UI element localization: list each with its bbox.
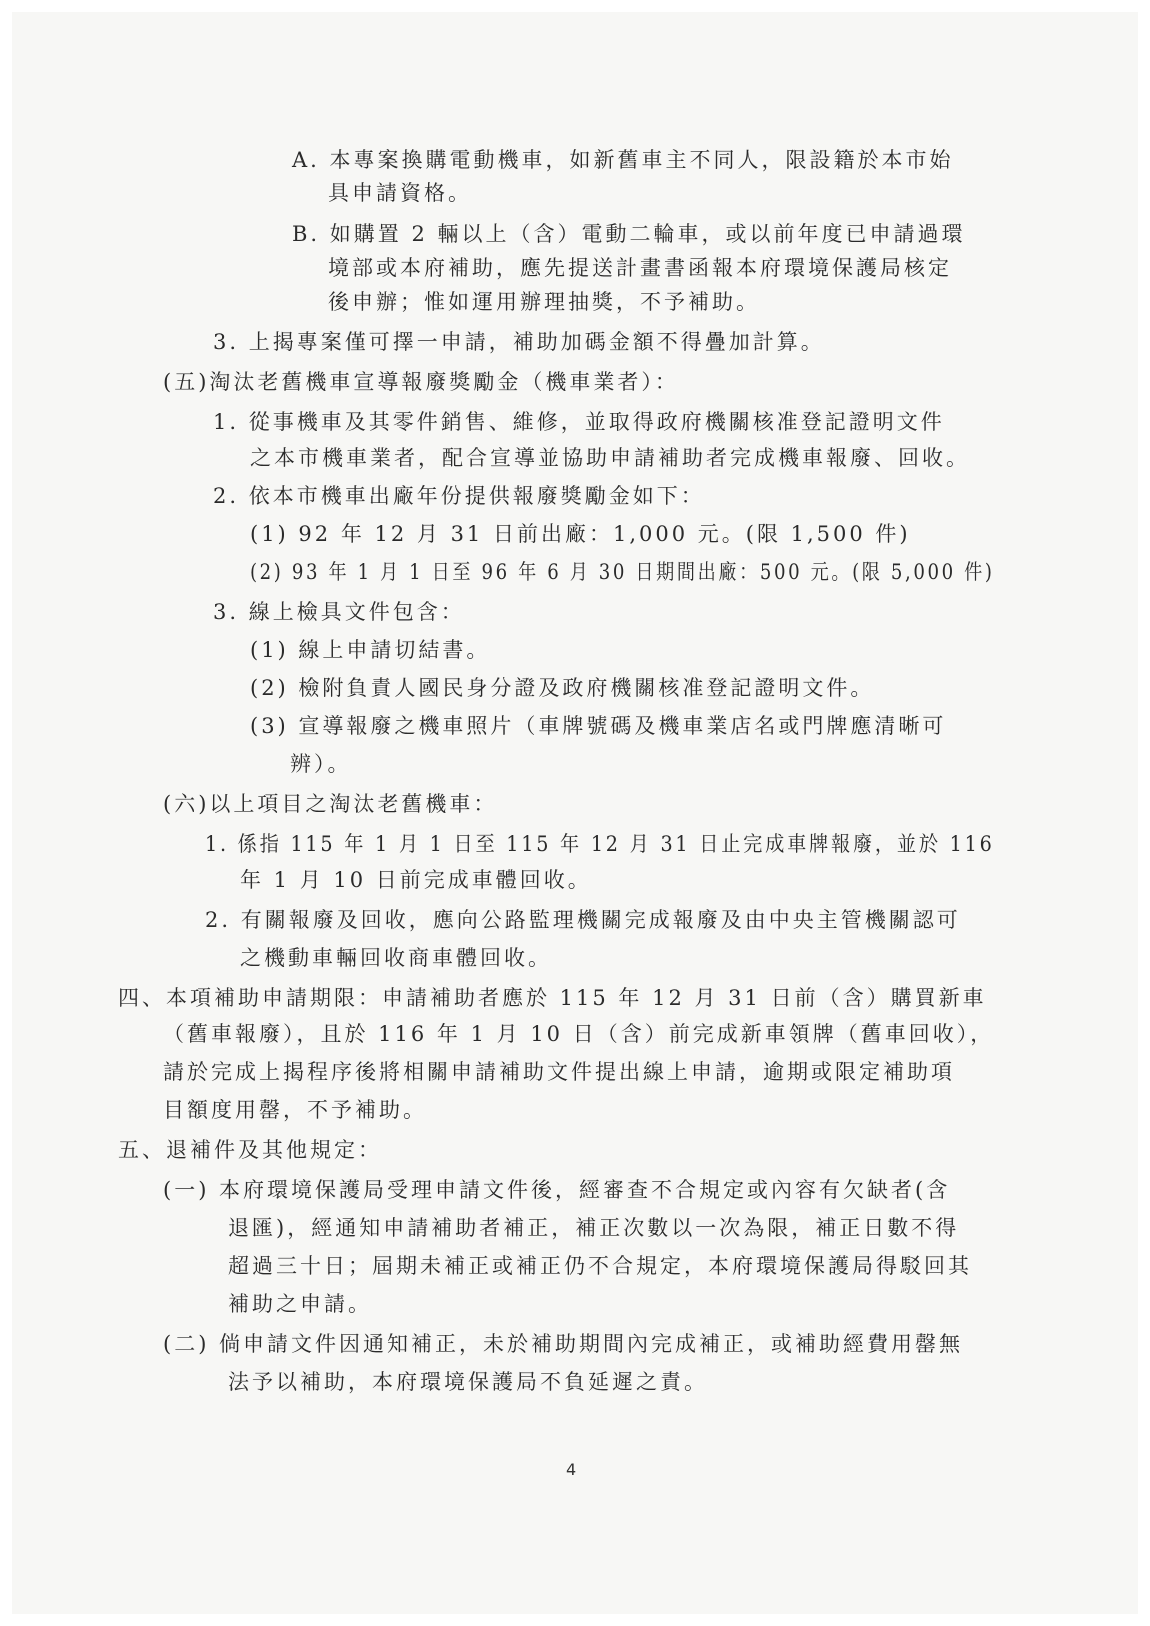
text-line: (六)以上項目之淘汰老舊機車： bbox=[163, 790, 497, 818]
text-line: 法予以補助，本府環境保護局不負延遲之責。 bbox=[228, 1368, 708, 1396]
text-line: (1) 線上申請切結書。 bbox=[250, 636, 490, 664]
text-line: (2) 檢附負責人國民身分證及政府機關核准登記證明文件。 bbox=[250, 674, 874, 702]
text-line: 超過三十日；屆期未補正或補正仍不合規定，本府環境保護局得駁回其 bbox=[228, 1252, 972, 1280]
text-line: A. 本專案換購電動機車，如新舊車主不同人，限設籍於本市始 bbox=[292, 146, 954, 174]
text-line: 請於完成上揭程序後將相關申請補助文件提出線上申請，逾期或限定補助項 bbox=[163, 1058, 955, 1086]
text-line: 五、退補件及其他規定： bbox=[118, 1136, 382, 1164]
text-line: 四、本項補助申請期限：申請補助者應於 115 年 12 月 31 日前（含）購買… bbox=[118, 984, 987, 1012]
text-line: 1. 係指 115 年 1 月 1 日至 115 年 12 月 31 日止完成車… bbox=[205, 830, 995, 858]
text-line: 辨）。 bbox=[290, 750, 352, 778]
text-line: (一) 本府環境保護局受理申請文件後，經審查不合規定或內容有欠缺者(含 bbox=[163, 1176, 950, 1204]
text-line: 2. 有關報廢及回收，應向公路監理機關完成報廢及由中央主管機關認可 bbox=[205, 906, 961, 934]
text-line: 目額度用罄，不予補助。 bbox=[163, 1096, 427, 1124]
text-line: 境部或本府補助，應先提送計畫書函報本府環境保護局核定 bbox=[328, 254, 952, 282]
text-line: (1) 92 年 12 月 31 日前出廠：1,000 元。(限 1,500 件… bbox=[250, 520, 911, 548]
text-line: B. 如購置 2 輛以上（含）電動二輪車，或以前年度已申請過環 bbox=[292, 220, 966, 248]
text-line: 後申辦；惟如運用辦理抽獎，不予補助。 bbox=[328, 288, 760, 316]
text-line: (2) 93 年 1 月 1 日至 96 年 6 月 30 日期間出廠：500 … bbox=[250, 558, 995, 586]
text-line: (二) 倘申請文件因通知補正，未於補助期間內完成補正，或補助經費用罄無 bbox=[163, 1330, 963, 1358]
text-line: 補助之申請。 bbox=[228, 1290, 372, 1318]
text-line: 1. 從事機車及其零件銷售、維修，並取得政府機關核准登記證明文件 bbox=[213, 408, 945, 436]
text-line: 具申請資格。 bbox=[328, 179, 472, 207]
text-line: (五)淘汰老舊機車宣導報廢獎勵金（機車業者）： bbox=[163, 368, 679, 396]
text-line: 之本市機車業者，配合宣導並協助申請補助者完成機車報廢、回收。 bbox=[250, 444, 970, 472]
text-line: 3. 線上檢具文件包含： bbox=[213, 598, 465, 626]
text-line: （舊車報廢），且於 116 年 1 月 10 日（含）前完成新車領牌（舊車回收）… bbox=[163, 1020, 994, 1048]
page-number: 4 bbox=[566, 1460, 576, 1479]
text-line: 年 1 月 10 日前完成車體回收。 bbox=[240, 866, 592, 894]
text-line: (3) 宣導報廢之機車照片（車牌號碼及機車業店名或門牌應清晰可 bbox=[250, 712, 946, 740]
text-line: 3. 上揭專案僅可擇一申請，補助加碼金額不得疊加計算。 bbox=[213, 328, 825, 356]
text-line: 之機動車輛回收商車體回收。 bbox=[240, 944, 552, 972]
text-line: 退匯)，經通知申請補助者補正，補正次數以一次為限，補正日數不得 bbox=[228, 1214, 959, 1242]
text-line: 2. 依本市機車出廠年份提供報廢獎勵金如下： bbox=[213, 482, 705, 510]
